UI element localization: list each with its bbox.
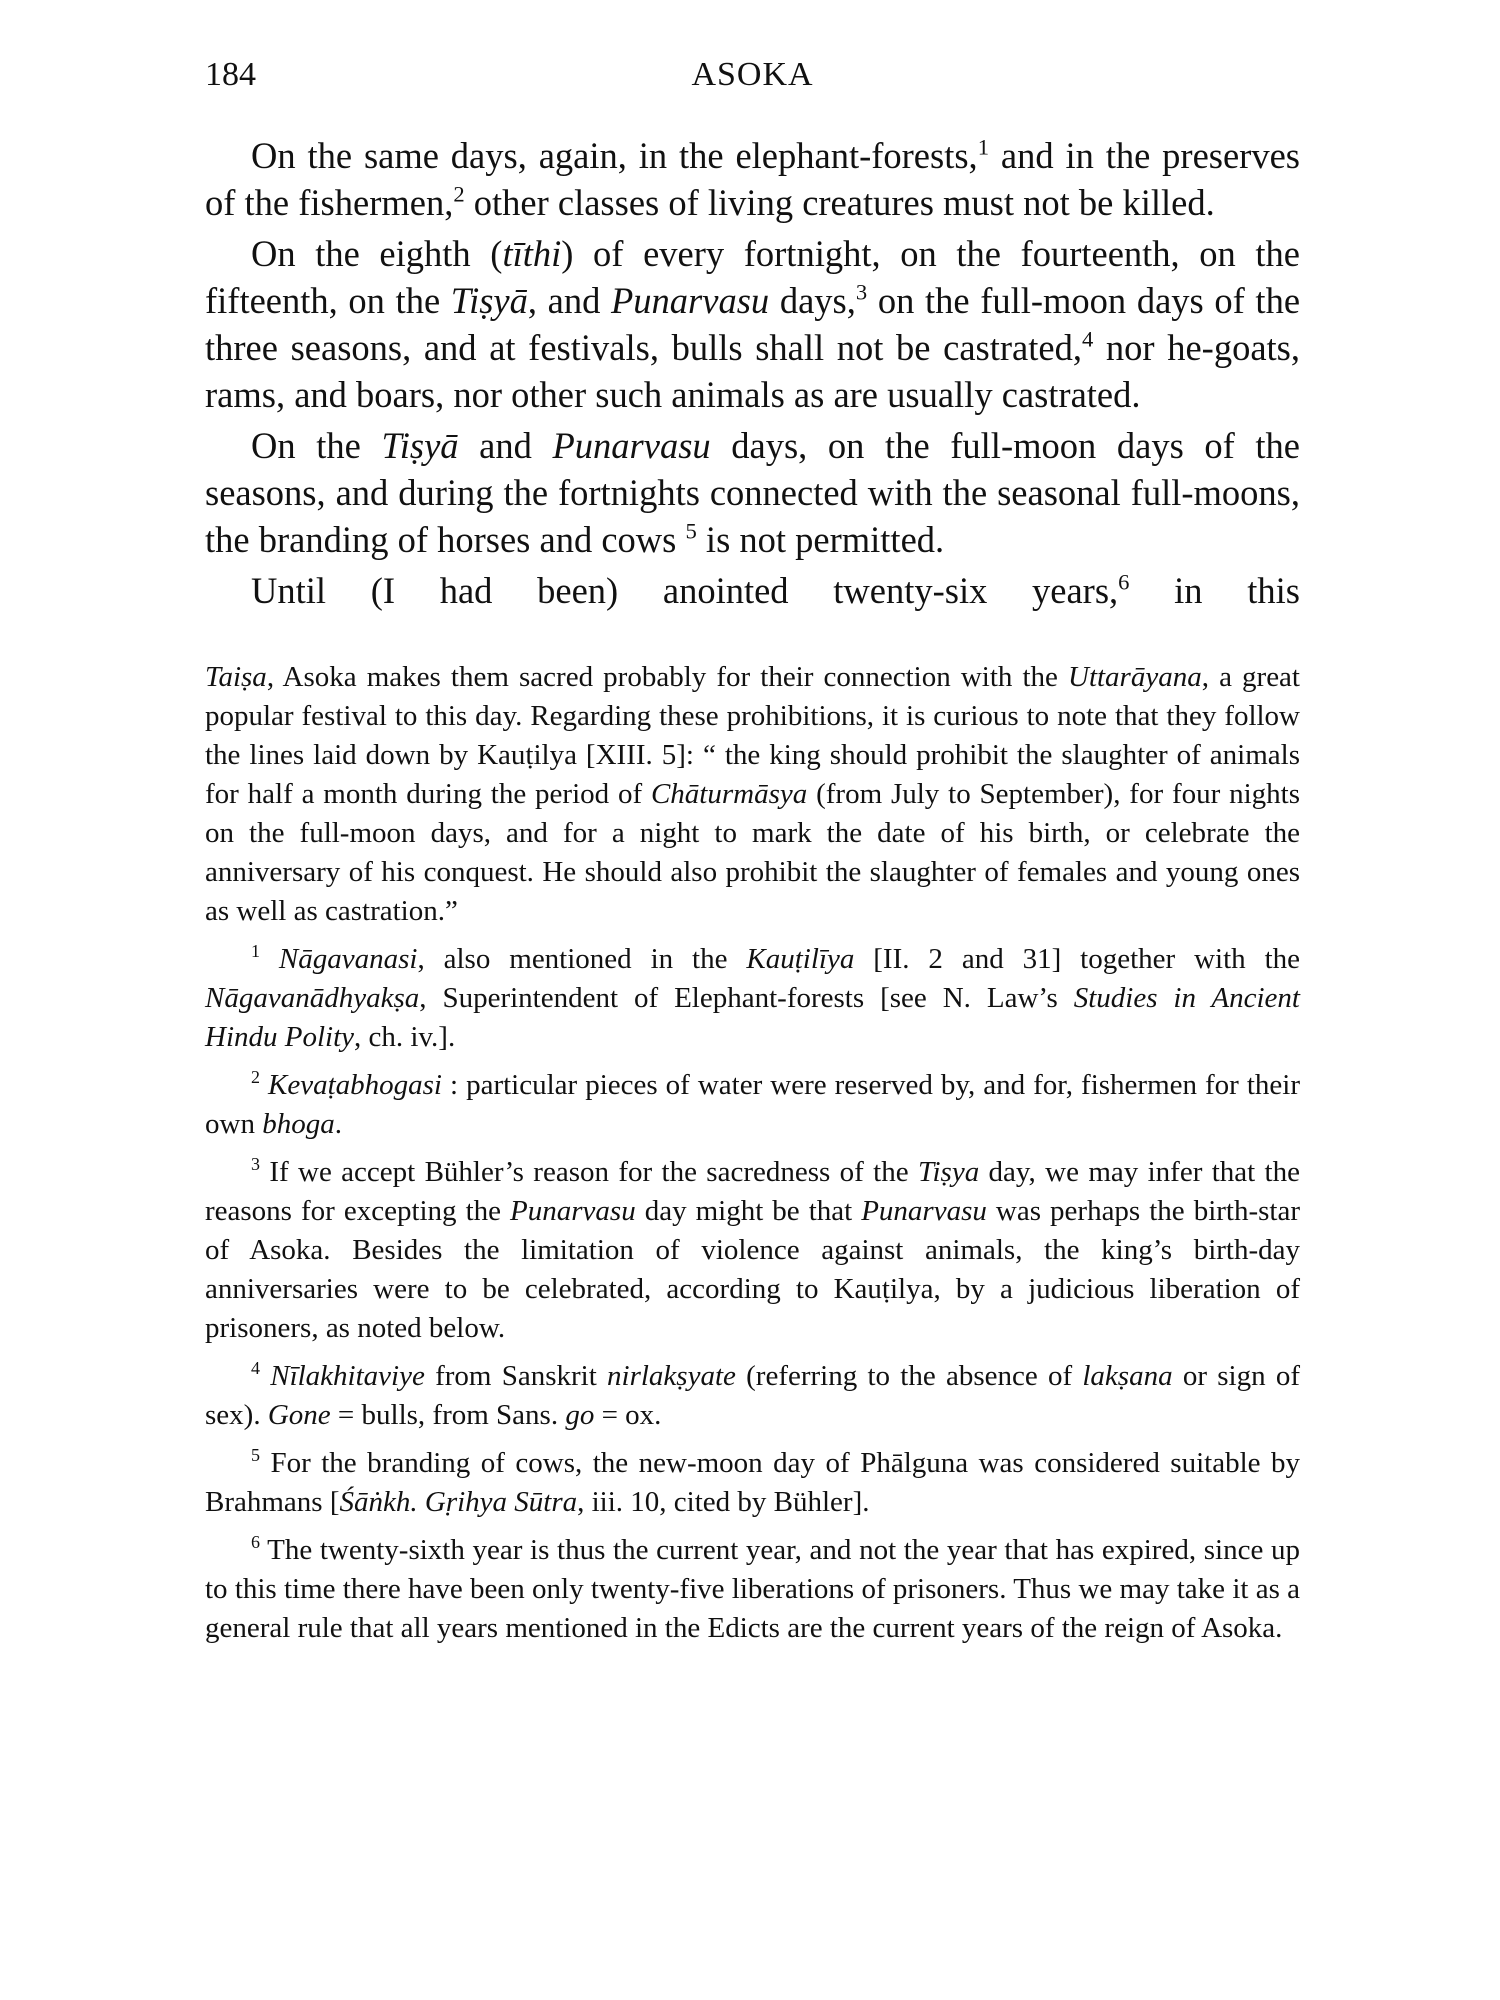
footnote-marker: 6 [1118,569,1129,594]
footnote-marker: 5 [685,518,696,543]
footnote-marker: 2 [453,181,464,206]
footnote-marker: 4 [251,1358,260,1378]
text-run: The twenty-sixth year is thus the curren… [205,1534,1300,1644]
text-run: , also mentioned in the [417,943,746,975]
body-paragraph: On the eighth (tīthi) of every fortnight… [205,230,1300,418]
italic-term: lakṣana [1082,1360,1172,1392]
italic-term: go [565,1399,594,1431]
italic-term: bhoga [262,1108,335,1140]
footnote: 6 The twenty-sixth year is thus the curr… [205,1531,1300,1648]
text-run: If we accept Bühler’s reason for the sac… [260,1156,918,1188]
italic-term: Śāṅkh. Gṛihya Sūtra [340,1486,578,1518]
text-run: from Sanskrit [425,1360,607,1392]
italic-term: Nāgavanasi [260,943,417,975]
text-run: = ox. [594,1399,661,1431]
footnote: 5 For the branding of cows, the new-moon… [205,1444,1300,1522]
italic-term: Punarvasu [611,280,769,321]
running-title: ASOKA [205,56,1300,94]
footnotes: Taiṣa, Asoka makes them sacred probably … [205,658,1300,1648]
footnote-marker: 3 [251,1154,260,1174]
text-run: Until (I had been) anointed twenty-six y… [251,570,1118,611]
footnote-continuation: Taiṣa, Asoka makes them sacred probably … [205,658,1300,931]
footnote-marker: 1 [251,941,260,961]
footnote-marker: 3 [856,279,867,304]
italic-term: Punarvasu [553,425,711,466]
text-run: other classes of living creatures must n… [465,182,1215,223]
footnote-marker: 5 [251,1445,260,1465]
text-run: [II. 2 and 31] together with the [854,943,1300,975]
italic-term: Nāgavanādhyakṣa [205,982,419,1014]
text-run: , and [528,280,611,321]
book-page: 184 ASOKA On the same days, again, in th… [205,50,1300,1657]
body-paragraph: On the Tiṣyā and Punarvasu days, on the … [205,422,1300,563]
italic-term: Kevaṭabhogasi [260,1069,442,1101]
italic-term: Punarvasu [510,1195,636,1227]
footnote: 2 Kevaṭabhogasi : particular pieces of w… [205,1066,1300,1144]
italic-term: Tiṣyā [381,425,458,466]
italic-term: Gone [268,1399,331,1431]
footnote: 4 Nīlakhitaviye from Sanskrit nirlakṣyat… [205,1357,1300,1435]
text-run: day might be that [636,1195,862,1227]
italic-term: Taiṣa [205,661,267,693]
text-run: and [459,425,553,466]
footnote: 3 If we accept Bühler’s reason for the s… [205,1153,1300,1348]
text-run: , Asoka makes them sacred probably for t… [267,661,1068,693]
text-run: = bulls, from Sans. [331,1399,566,1431]
page-header: 184 ASOKA [205,50,1300,110]
text-run: . [335,1108,342,1140]
text-run: On the [251,425,381,466]
italic-term: nirlakṣyate [607,1360,736,1392]
text-run: is not permitted. [697,519,944,560]
main-text: On the same days, again, in the elephant… [205,132,1300,614]
text-run: On the eighth ( [251,233,502,274]
text-run: , iii. 10, cited by Bühler]. [577,1486,869,1518]
text-run: days, [769,280,856,321]
footnote-marker: 6 [251,1532,260,1552]
body-paragraph: Until (I had been) anointed twenty-six y… [205,567,1300,614]
italic-term: Punarvasu [861,1195,987,1227]
italic-term: Kauṭilīya [746,943,854,975]
italic-term: Tiṣyā [451,280,528,321]
text-run: , Superintendent of Elephant-forests [se… [419,982,1073,1014]
footnote-marker: 4 [1082,326,1093,351]
footnote: 1 Nāgavanasi, also mentioned in the Kauṭ… [205,940,1300,1057]
body-paragraph: On the same days, again, in the elephant… [205,132,1300,226]
italic-term: tīthi [502,233,561,274]
footnote-marker: 1 [978,134,989,159]
footnote-marker: 2 [251,1067,260,1087]
text-run: (referring to the absence of [736,1360,1082,1392]
italic-term: Uttarāyana [1068,661,1202,693]
text-run: , ch. iv.]. [354,1021,455,1053]
italic-term: Tiṣya [918,1156,979,1188]
italic-term: Chāturmāsya [651,778,807,810]
text-run: On the same days, again, in the elephant… [251,135,978,176]
italic-term: Nīlakhitaviye [260,1360,425,1392]
text-run: in this [1129,570,1300,611]
